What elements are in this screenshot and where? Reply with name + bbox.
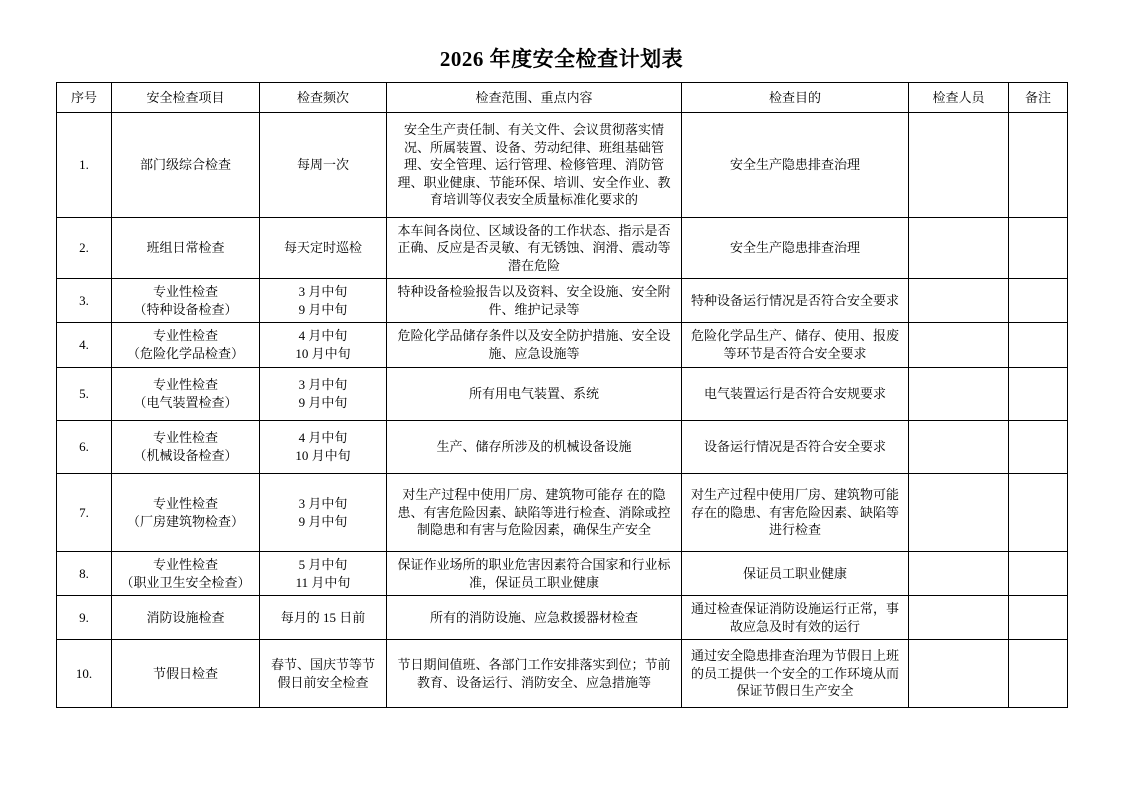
cell-scope-content: 危险化学品储存条件以及安全防护措施、安全设施、应急设施等 [387, 323, 682, 368]
cell-inspector [909, 368, 1009, 421]
cell-serial-number: 8. [57, 552, 112, 596]
cell-inspection-item: 专业性检查 （特种设备检查） [112, 279, 260, 323]
cell-inspection-item: 班组日常检查 [112, 218, 260, 279]
cell-inspection-item: 专业性检查 （职业卫生安全检查） [112, 552, 260, 596]
page-title: 2026 年度安全检查计划表 [56, 46, 1067, 72]
cell-purpose: 特种设备运行情况是否符合安全要求 [682, 279, 909, 323]
cell-scope-content: 节日期间值班、各部门工作安排落实到位；节前教育、设备运行、消防安全、应急措施等 [387, 640, 682, 708]
cell-inspector [909, 279, 1009, 323]
cell-inspector [909, 640, 1009, 708]
cell-serial-number: 7. [57, 474, 112, 552]
table-row: 1. 部门级综合检查 每周一次 安全生产责任制、有关文件、会议贯彻落实情况、所属… [57, 113, 1068, 218]
cell-inspection-item: 部门级综合检查 [112, 113, 260, 218]
cell-frequency: 5 月中旬 11 月中旬 [260, 552, 387, 596]
cell-inspector [909, 474, 1009, 552]
cell-purpose: 对生产过程中使用厂房、建筑物可能存在的隐患、有害危险因素、缺陷等进行检查 [682, 474, 909, 552]
header-inspection-item: 安全检查项目 [112, 83, 260, 113]
table-row: 9. 消防设施检查 每月的 15 日前 所有的消防设施、应急救援器材检查 通过检… [57, 596, 1068, 640]
cell-frequency: 3 月中旬 9 月中旬 [260, 474, 387, 552]
cell-scope-content: 本车间各岗位、区域设备的工作状态、指示是否正确、反应是否灵敏、有无锈蚀、润滑、震… [387, 218, 682, 279]
cell-serial-number: 2. [57, 218, 112, 279]
cell-frequency: 春节、国庆节等节假日前安全检查 [260, 640, 387, 708]
table-row: 8. 专业性检查 （职业卫生安全检查） 5 月中旬 11 月中旬 保证作业场所的… [57, 552, 1068, 596]
cell-inspector [909, 552, 1009, 596]
cell-serial-number: 10. [57, 640, 112, 708]
cell-note [1009, 596, 1068, 640]
cell-inspection-item: 节假日检查 [112, 640, 260, 708]
safety-inspection-plan-table: 序号 安全检查项目 检查频次 检查范围、重点内容 检查目的 检查人员 备注 1.… [56, 82, 1068, 708]
table-row: 7. 专业性检查 （厂房建筑物检查） 3 月中旬 9 月中旬 对生产过程中使用厂… [57, 474, 1068, 552]
cell-scope-content: 所有用电气装置、系统 [387, 368, 682, 421]
cell-scope-content: 生产、储存所涉及的机械设备设施 [387, 421, 682, 474]
cell-note [1009, 640, 1068, 708]
cell-frequency: 3 月中旬 9 月中旬 [260, 368, 387, 421]
cell-scope-content: 特种设备检验报告以及资料、安全设施、安全附件、维护记录等 [387, 279, 682, 323]
header-scope-content: 检查范围、重点内容 [387, 83, 682, 113]
cell-purpose: 通过安全隐患排查治理为节假日上班的员工提供一个安全的工作环境从而保证节假日生产安… [682, 640, 909, 708]
cell-serial-number: 5. [57, 368, 112, 421]
cell-inspector [909, 218, 1009, 279]
cell-scope-content: 安全生产责任制、有关文件、会议贯彻落实情况、所属装置、设备、劳动纪律、班组基础管… [387, 113, 682, 218]
cell-frequency: 3 月中旬 9 月中旬 [260, 279, 387, 323]
cell-inspector [909, 421, 1009, 474]
cell-purpose: 设备运行情况是否符合安全要求 [682, 421, 909, 474]
cell-serial-number: 4. [57, 323, 112, 368]
header-purpose: 检查目的 [682, 83, 909, 113]
cell-frequency: 4 月中旬 10 月中旬 [260, 421, 387, 474]
cell-inspection-item: 专业性检查 （电气装置检查） [112, 368, 260, 421]
cell-scope-content: 保证作业场所的职业危害因素符合国家和行业标准，保证员工职业健康 [387, 552, 682, 596]
cell-frequency: 每月的 15 日前 [260, 596, 387, 640]
document-page: 2026 年度安全检查计划表 序号 安全检查项目 检查频次 检查范围、重点内容 … [56, 0, 1067, 708]
cell-inspector [909, 323, 1009, 368]
cell-note [1009, 279, 1068, 323]
cell-note [1009, 368, 1068, 421]
cell-purpose: 电气装置运行是否符合安规要求 [682, 368, 909, 421]
cell-inspector [909, 113, 1009, 218]
cell-frequency: 每天定时巡检 [260, 218, 387, 279]
cell-scope-content: 所有的消防设施、应急救援器材检查 [387, 596, 682, 640]
table-row: 2. 班组日常检查 每天定时巡检 本车间各岗位、区域设备的工作状态、指示是否正确… [57, 218, 1068, 279]
cell-purpose: 危险化学品生产、储存、使用、报废等环节是否符合安全要求 [682, 323, 909, 368]
table-row: 10. 节假日检查 春节、国庆节等节假日前安全检查 节日期间值班、各部门工作安排… [57, 640, 1068, 708]
cell-inspection-item: 消防设施检查 [112, 596, 260, 640]
table-row: 3. 专业性检查 （特种设备检查） 3 月中旬 9 月中旬 特种设备检验报告以及… [57, 279, 1068, 323]
header-note: 备注 [1009, 83, 1068, 113]
cell-purpose: 通过检查保证消防设施运行正常，事故应急及时有效的运行 [682, 596, 909, 640]
cell-purpose: 安全生产隐患排查治理 [682, 113, 909, 218]
cell-purpose: 安全生产隐患排查治理 [682, 218, 909, 279]
table-row: 5. 专业性检查 （电气装置检查） 3 月中旬 9 月中旬 所有用电气装置、系统… [57, 368, 1068, 421]
cell-note [1009, 323, 1068, 368]
cell-note [1009, 421, 1068, 474]
cell-frequency: 每周一次 [260, 113, 387, 218]
cell-serial-number: 1. [57, 113, 112, 218]
cell-inspection-item: 专业性检查 （危险化学品检查） [112, 323, 260, 368]
cell-serial-number: 3. [57, 279, 112, 323]
cell-note [1009, 474, 1068, 552]
header-serial-number: 序号 [57, 83, 112, 113]
cell-serial-number: 6. [57, 421, 112, 474]
table-row: 6. 专业性检查 （机械设备检查） 4 月中旬 10 月中旬 生产、储存所涉及的… [57, 421, 1068, 474]
cell-inspector [909, 596, 1009, 640]
cell-purpose: 保证员工职业健康 [682, 552, 909, 596]
cell-serial-number: 9. [57, 596, 112, 640]
cell-scope-content: 对生产过程中使用厂房、建筑物可能存 在的隐患、有害危险因素、缺陷等进行检查、消除… [387, 474, 682, 552]
cell-note [1009, 218, 1068, 279]
cell-inspection-item: 专业性检查 （厂房建筑物检查） [112, 474, 260, 552]
header-frequency: 检查频次 [260, 83, 387, 113]
table-header-row: 序号 安全检查项目 检查频次 检查范围、重点内容 检查目的 检查人员 备注 [57, 83, 1068, 113]
cell-inspection-item: 专业性检查 （机械设备检查） [112, 421, 260, 474]
header-inspector: 检查人员 [909, 83, 1009, 113]
table-row: 4. 专业性检查 （危险化学品检查） 4 月中旬 10 月中旬 危险化学品储存条… [57, 323, 1068, 368]
cell-frequency: 4 月中旬 10 月中旬 [260, 323, 387, 368]
cell-note [1009, 552, 1068, 596]
table-body: 1. 部门级综合检查 每周一次 安全生产责任制、有关文件、会议贯彻落实情况、所属… [57, 113, 1068, 708]
cell-note [1009, 113, 1068, 218]
